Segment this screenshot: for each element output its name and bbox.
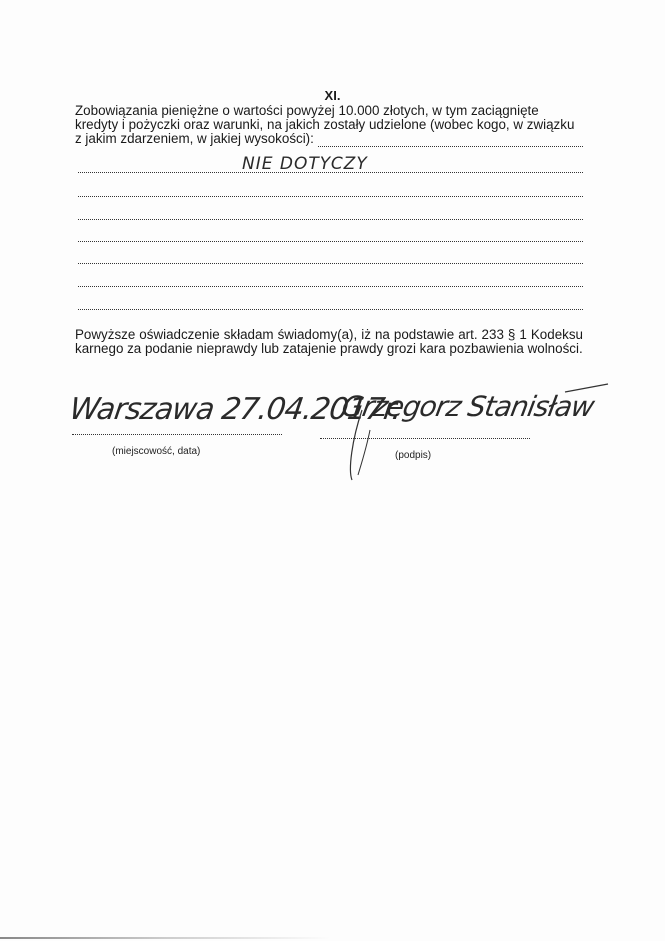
declaration-page: XI. Zobowiązania pieniężne o wartości po…	[0, 0, 665, 941]
legal-statement: Powyższe oświadczenie składam świadomy(a…	[75, 328, 583, 356]
answer-line[interactable]	[78, 241, 583, 242]
answer-line[interactable]	[78, 286, 583, 287]
section-number: XI.	[0, 88, 665, 103]
place-date-caption: (miejscowość, data)	[112, 446, 200, 457]
handwritten-answer: NIE DOTYCZY	[242, 154, 368, 174]
question-line-2: kredyty i pożyczki oraz warunki, na jaki…	[75, 118, 574, 132]
place-date-line[interactable]	[72, 434, 282, 435]
scan-edge-divider	[0, 937, 330, 939]
answer-line[interactable]	[318, 146, 583, 147]
answer-line[interactable]	[78, 263, 583, 264]
answer-line[interactable]	[78, 219, 583, 220]
question-line-1: Zobowiązania pieniężne o wartości powyże…	[75, 104, 539, 118]
signature-caption: (podpis)	[395, 450, 431, 461]
answer-line[interactable]	[78, 309, 583, 310]
question-line-3: z jakim zdarzeniem, w jakiej wysokości):	[75, 132, 314, 146]
answer-line[interactable]	[78, 196, 583, 197]
signature-flourish-icon	[340, 380, 600, 490]
